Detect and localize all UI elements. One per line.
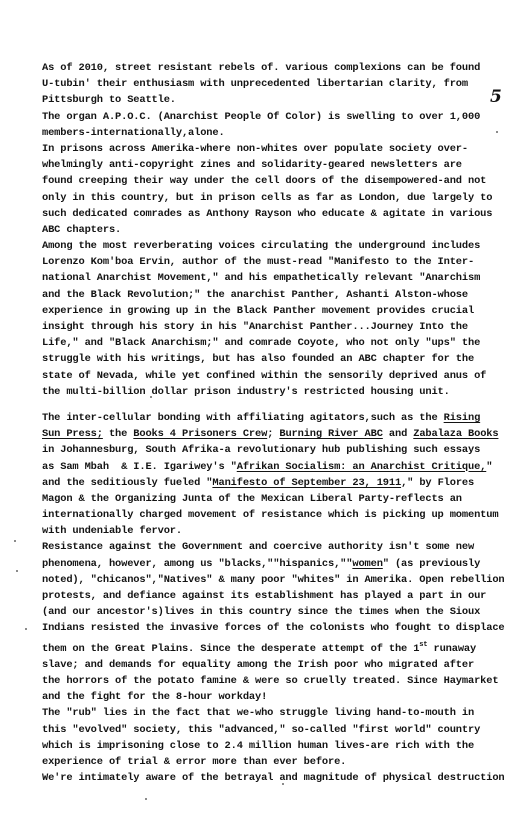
text-run: whelmingly anti-copyright zines and soli…	[42, 159, 462, 171]
text-line: Indians resisted the invasive forces of …	[42, 620, 525, 636]
text-line: whelmingly anti-copyright zines and soli…	[42, 157, 525, 173]
text-run: Indians resisted the invasive forces of …	[42, 622, 505, 634]
text-line: The "rub" lies in the fact that we-who s…	[42, 705, 525, 721]
text-line: members-internationally,alone.	[42, 125, 525, 141]
text-line: As of 2010, street resistant rebels of. …	[42, 60, 525, 76]
text-run: struggle with his writings, but has also…	[42, 353, 474, 365]
text-run: Resistance against the Government and co…	[42, 541, 474, 553]
text-line: state of Nevada, while yet confined with…	[42, 368, 525, 384]
text-run: insight through his story in his "Anarch…	[42, 321, 468, 333]
text-line: Sun Press; the Books 4 Prisoners Crew; B…	[42, 426, 525, 442]
text-run: and the seditiously fueled "	[42, 477, 212, 489]
text-line: in Johannesburg, South Afrika-a revoluti…	[42, 442, 525, 458]
text-run: As of 2010, street resistant rebels of. …	[42, 62, 480, 74]
underlined-title: Books 4 Prisoners Crew	[133, 428, 267, 440]
text-run: in Johannesburg, South Afrika-a revoluti…	[42, 444, 480, 456]
text-run: them on the Great Plains. Since the desp…	[42, 643, 419, 655]
scan-speck	[16, 570, 18, 572]
text-run: Life," and "Black Anarchism;" and comrad…	[42, 337, 480, 349]
text-run: runaway	[427, 643, 476, 655]
text-line: with undeniable fervor.	[42, 523, 525, 539]
text-run: Among the most reverberating voices circ…	[42, 240, 480, 252]
text-run: (and our ancestor's)lives in this countr…	[42, 606, 480, 618]
underlined-title: Manifesto of September 23, 1911	[212, 477, 401, 489]
text-run: slave; and demands for equality among th…	[42, 659, 474, 671]
document-body: As of 2010, street resistant rebels of. …	[42, 60, 525, 786]
underlined-title: women	[352, 558, 382, 570]
text-run: Pittsburgh to Seattle.	[42, 94, 176, 106]
underlined-title: Rising	[444, 412, 481, 424]
paragraph-gap	[42, 400, 525, 410]
text-line: (and our ancestor's)lives in this countr…	[42, 604, 525, 620]
underlined-title: Sun Press;	[42, 428, 103, 440]
text-line: experience of trial & error more than ev…	[42, 754, 525, 770]
text-line: The organ A.P.O.C. (Anarchist People Of …	[42, 109, 525, 125]
text-run: " (as previously	[383, 558, 480, 570]
text-line: insight through his story in his "Anarch…	[42, 319, 525, 335]
text-run: found creeping their way under the cell …	[42, 175, 486, 187]
scan-speck	[282, 783, 284, 785]
text-run: noted), "chicanos","Natives" & many poor…	[42, 574, 505, 586]
text-line: and the fight for the 8-hour workday!	[42, 689, 525, 705]
scan-speck	[150, 396, 152, 398]
text-run: only in this country, but in prison cell…	[42, 192, 492, 204]
text-line: Magon & the Organizing Junta of the Mexi…	[42, 491, 525, 507]
text-run: such dedicated comrades as Anthony Rayso…	[42, 208, 492, 220]
text-line: struggle with his writings, but has also…	[42, 351, 525, 367]
underlined-title: Afrikan Socialism: an Anarchist Critique…	[237, 461, 487, 473]
text-run: ;	[267, 428, 279, 440]
text-run: protests, and defiance against its estab…	[42, 590, 486, 602]
text-line: as Sam Mbah & I.E. Igariwey's "Afrikan S…	[42, 459, 525, 475]
text-run: which is imprisoning close to 2.4 millio…	[42, 740, 474, 752]
text-run: U-tubin' their enthusiasm with unprecede…	[42, 78, 468, 90]
scanned-page: 5 As of 2010, street resistant rebels of…	[0, 0, 525, 813]
text-run: The organ A.P.O.C. (Anarchist People Of …	[42, 111, 480, 123]
text-line: internationally charged movement of resi…	[42, 507, 525, 523]
text-run: experience in growing up in the Black Pa…	[42, 305, 474, 317]
text-line: and the Black Revolution;" the anarchist…	[42, 287, 525, 303]
text-line: national Anarchist Movement," and his em…	[42, 270, 525, 286]
text-run: members-internationally,alone.	[42, 127, 225, 139]
text-run: state of Nevada, while yet confined with…	[42, 370, 486, 382]
scan-speck	[25, 628, 27, 630]
text-run: with undeniable fervor.	[42, 525, 182, 537]
text-line: Lorenzo Kom'boa Ervin, author of the mus…	[42, 254, 525, 270]
text-line: the horrors of the potato famine & were …	[42, 673, 525, 689]
text-run: and the Black Revolution;" the anarchist…	[42, 289, 468, 301]
text-run: the multi-billion dollar prison industry…	[42, 386, 450, 398]
text-line: The inter-cellular bonding with affiliat…	[42, 410, 525, 426]
text-line: Among the most reverberating voices circ…	[42, 238, 525, 254]
text-run: In prisons across Amerika-where non-whit…	[42, 143, 468, 155]
text-line: them on the Great Plains. Since the desp…	[42, 637, 525, 653]
text-line: Resistance against the Government and co…	[42, 539, 525, 555]
text-line: experience in growing up in the Black Pa…	[42, 303, 525, 319]
text-line: found creeping their way under the cell …	[42, 173, 525, 189]
text-run: and	[383, 428, 413, 440]
text-run: national Anarchist Movement," and his em…	[42, 272, 480, 284]
text-run: this "evolved" society, this "advanced,"…	[42, 724, 480, 736]
text-line: only in this country, but in prison cell…	[42, 190, 525, 206]
text-run: experience of trial & error more than ev…	[42, 756, 346, 768]
text-line: U-tubin' their enthusiasm with unprecede…	[42, 76, 525, 92]
text-line: Life," and "Black Anarchism;" and comrad…	[42, 335, 525, 351]
text-run: "	[486, 461, 492, 473]
text-run: ," by Flores	[401, 477, 474, 489]
text-line: noted), "chicanos","Natives" & many poor…	[42, 572, 525, 588]
text-run: Lorenzo Kom'boa Ervin, author of the mus…	[42, 256, 474, 268]
text-line: protests, and defiance against its estab…	[42, 588, 525, 604]
text-run: ABC chapters.	[42, 224, 121, 236]
text-run: the horrors of the potato famine & were …	[42, 675, 498, 687]
text-run: Magon & the Organizing Junta of the Mexi…	[42, 493, 462, 505]
scan-speck	[496, 131, 498, 133]
text-run: internationally charged movement of resi…	[42, 509, 498, 521]
text-line: ABC chapters.	[42, 222, 525, 238]
text-line: phenomena, however, among us "blacks,""h…	[42, 556, 525, 572]
text-line: such dedicated comrades as Anthony Rayso…	[42, 206, 525, 222]
underlined-title: Zabalaza Books	[413, 428, 498, 440]
text-line: In prisons across Amerika-where non-whit…	[42, 141, 525, 157]
text-line: Pittsburgh to Seattle.	[42, 92, 525, 108]
scan-speck	[145, 798, 147, 800]
text-run: The "rub" lies in the fact that we-who s…	[42, 707, 474, 719]
text-line: this "evolved" society, this "advanced,"…	[42, 722, 525, 738]
text-run: phenomena, however, among us "blacks,""h…	[42, 558, 352, 570]
text-run: as Sam Mbah & I.E. Igariwey's "	[42, 461, 237, 473]
underlined-title: Burning River ABC	[279, 428, 382, 440]
text-run: We're intimately aware of the betrayal a…	[42, 772, 505, 784]
scan-speck	[14, 540, 16, 542]
text-run: and the fight for the 8-hour workday!	[42, 691, 267, 703]
text-line: slave; and demands for equality among th…	[42, 657, 525, 673]
text-run: The inter-cellular bonding with affiliat…	[42, 412, 444, 424]
text-line: and the seditiously fueled "Manifesto of…	[42, 475, 525, 491]
text-line: which is imprisoning close to 2.4 millio…	[42, 738, 525, 754]
text-run: the	[103, 428, 133, 440]
text-line: the multi-billion dollar prison industry…	[42, 384, 525, 400]
